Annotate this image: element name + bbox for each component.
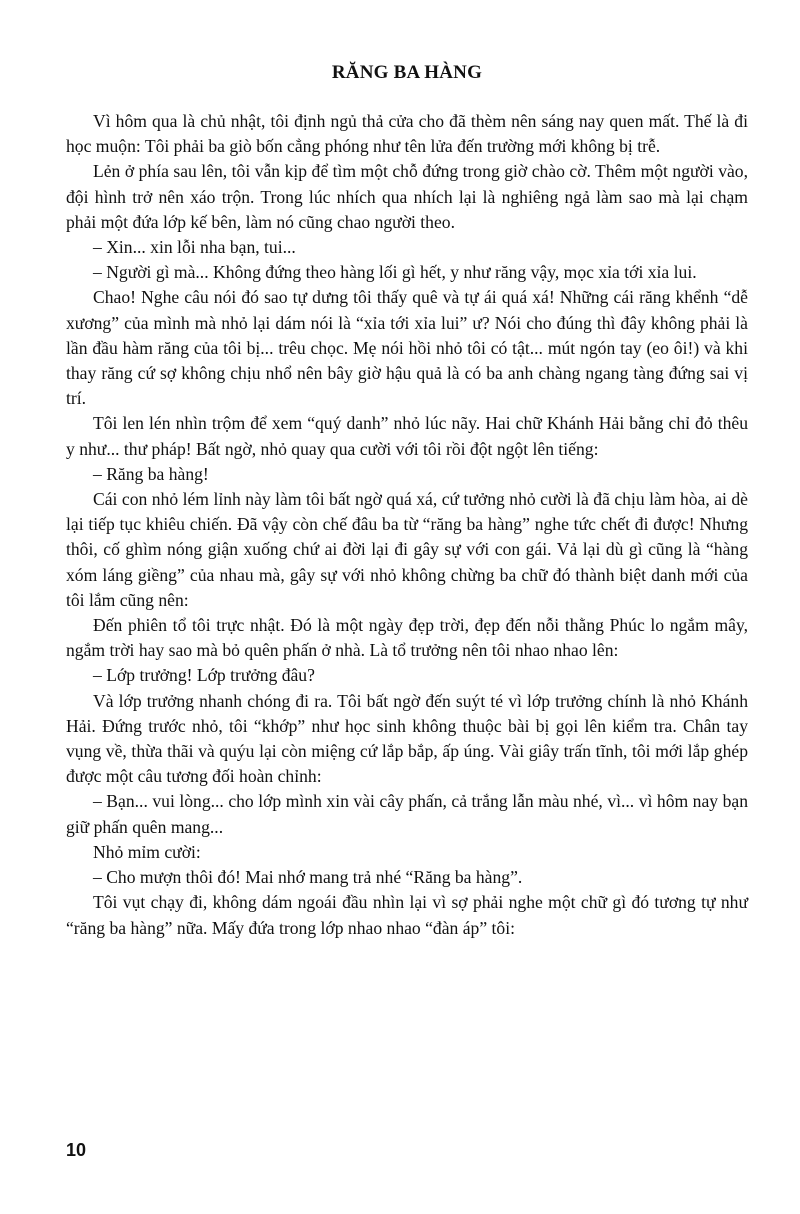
dialogue-line: – Xin... xin lỗi nha bạn, tui...: [66, 235, 748, 260]
paragraph: Cái con nhỏ lém lỉnh này làm tôi bất ngờ…: [66, 487, 748, 613]
dialogue-line: – Bạn... vui lòng... cho lớp mình xin và…: [66, 789, 748, 839]
dialogue-line: – Người gì mà... Không đứng theo hàng lố…: [66, 260, 748, 285]
paragraph: Tôi len lén nhìn trộm để xem “quý danh” …: [66, 411, 748, 461]
paragraph: Và lớp trưởng nhanh chóng đi ra. Tôi bất…: [66, 689, 748, 790]
chapter-title: RĂNG BA HÀNG: [66, 58, 748, 88]
paragraph: Vì hôm qua là chủ nhật, tôi định ngủ thả…: [66, 109, 748, 159]
paragraph: Lẻn ở phía sau lên, tôi vẫn kịp để tìm m…: [66, 159, 748, 235]
paragraph: Nhỏ mỉm cười:: [66, 840, 748, 865]
paragraph: Tôi vụt chạy đi, không dám ngoái đầu nhì…: [66, 890, 748, 940]
book-page: RĂNG BA HÀNG Vì hôm qua là chủ nhật, tôi…: [66, 58, 748, 941]
paragraph: Chao! Nghe câu nói đó sao tự dưng tôi th…: [66, 285, 748, 411]
paragraph: Đến phiên tổ tôi trực nhật. Đó là một ng…: [66, 613, 748, 663]
dialogue-line: – Cho mượn thôi đó! Mai nhớ mang trả nhé…: [66, 865, 748, 890]
page-number: 10: [66, 1140, 86, 1161]
dialogue-line: – Lớp trưởng! Lớp trưởng đâu?: [66, 663, 748, 688]
dialogue-line: – Răng ba hàng!: [66, 462, 748, 487]
